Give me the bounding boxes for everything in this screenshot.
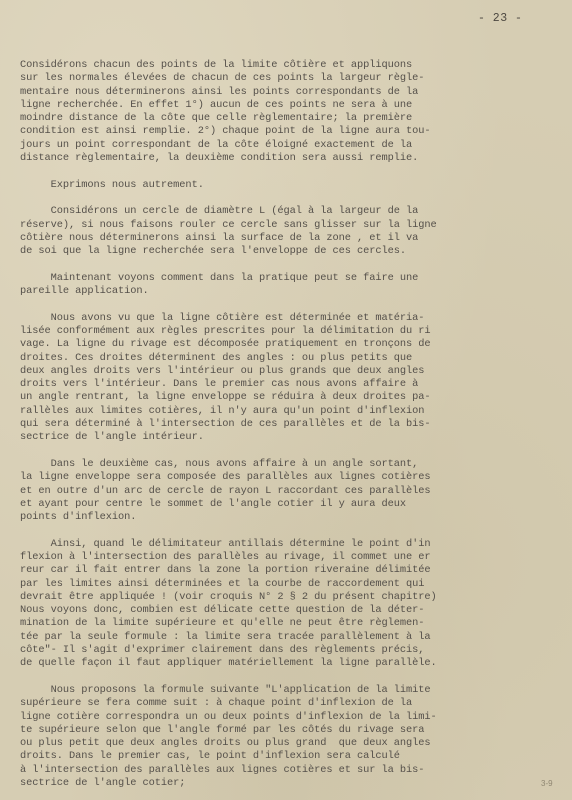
text-line: lisée conformément aux règles prescrites… (20, 325, 560, 338)
text-line: points d'inflexion. (20, 511, 560, 524)
text-line: sectrice de l'angle cotier; (20, 777, 560, 790)
text-line: deux angles droits vers l'intérieur ou p… (20, 365, 560, 378)
text-line: distance règlementaire, la deuxième cond… (20, 152, 560, 165)
text-line: et ayant pour centre le sommet de l'angl… (20, 498, 560, 511)
text-line: Nous proposons la formule suivante "L'ap… (20, 684, 560, 697)
text-line: Considérons un cercle de diamètre L (éga… (20, 205, 560, 218)
text-line: Nous avons vu que la ligne côtière est d… (20, 312, 560, 325)
text-line: mination de la limite supérieure et qu'e… (20, 617, 560, 630)
text-line: droites. Ces droites déterminent des ang… (20, 352, 560, 365)
text-line: qui sera déterminé à l'intersection de c… (20, 418, 560, 431)
page-number: - 23 - (478, 12, 522, 25)
text-line: Ainsi, quand le délimitateur antillais d… (20, 538, 560, 551)
text-line: droits vers l'intérieur. Dans le premier… (20, 378, 560, 391)
paragraph: Nous avons vu que la ligne côtière est d… (20, 312, 560, 445)
margin-note: 3-9 (541, 779, 553, 788)
text-line: Maintenant voyons comment dans la pratiq… (20, 272, 560, 285)
text-line: Dans le deuxième cas, nous avons affaire… (20, 458, 560, 471)
text-line: vage. La ligne du rivage est décomposée … (20, 338, 560, 351)
text-line: de soi que la ligne recherchée sera l'en… (20, 245, 560, 258)
paragraph: Considérons chacun des points de la limi… (20, 59, 560, 165)
text-line: ligne recherchée. En effet 1°) aucun de … (20, 99, 560, 112)
paragraph: Nous proposons la formule suivante "L'ap… (20, 684, 560, 790)
text-line: pareille application. (20, 285, 560, 298)
paragraph: Maintenant voyons comment dans la pratiq… (20, 272, 560, 299)
text-line: sectrice de l'angle intérieur. (20, 431, 560, 444)
paragraph: Considérons un cercle de diamètre L (éga… (20, 205, 560, 258)
text-line: ligne cotière correspondra un ou deux po… (20, 711, 560, 724)
text-line: côte"- Il s'agit d'exprimer clairement d… (20, 644, 560, 657)
text-line: un angle rentrant, la ligne enveloppe se… (20, 391, 560, 404)
text-line: jours un point correspondant de la côte … (20, 139, 560, 152)
text-line: réserve), si nous faisons rouler ce cerc… (20, 219, 560, 232)
text-line: Nous voyons donc, combien est délicate c… (20, 604, 560, 617)
text-line: supérieure se fera comme suit : à chaque… (20, 697, 560, 710)
paragraph: Ainsi, quand le délimitateur antillais d… (20, 538, 560, 671)
text-line: droits. Dans le premier cas, le point d'… (20, 750, 560, 763)
text-line: Considérons chacun des points de la limi… (20, 59, 560, 72)
text-line: la ligne enveloppe sera composée des par… (20, 471, 560, 484)
text-line: devrait être appliquée ! (voir croquis N… (20, 591, 560, 604)
text-line: reur car il fait entrer dans la zone la … (20, 564, 560, 577)
text-line: condition est ainsi remplie. 2°) chaque … (20, 125, 560, 138)
text-line: rallèles aux limites cotières, il n'y au… (20, 405, 560, 418)
text-line: Exprimons nous autrement. (20, 179, 560, 192)
text-line: flexion à l'intersection des parallèles … (20, 551, 560, 564)
text-line: te supérieure selon que l'angle formé pa… (20, 724, 560, 737)
text-line: à l'intersection des parallèles aux lign… (20, 764, 560, 777)
paragraph: Dans le deuxième cas, nous avons affaire… (20, 458, 560, 524)
text-line: de quelle façon il faut appliquer matéri… (20, 657, 560, 670)
text-line: mentaire nous déterminerons ainsi les po… (20, 86, 560, 99)
body-text: Considérons chacun des points de la limi… (20, 59, 560, 800)
typewritten-page: - 23 - Considérons chacun des points de … (0, 0, 572, 800)
text-line: et en outre d'un arc de cercle de rayon … (20, 485, 560, 498)
text-line: sur les normales élevées de chacun de ce… (20, 72, 560, 85)
text-line: côtière nous déterminerons ainsi la surf… (20, 232, 560, 245)
text-line: moindre distance de la côte que celle rè… (20, 112, 560, 125)
text-line: ou plus petit que deux angles droits ou … (20, 737, 560, 750)
text-line: tée par la seule formule : la limite ser… (20, 631, 560, 644)
paragraph: Exprimons nous autrement. (20, 179, 560, 192)
text-line: par les limites ainsi déterminées et la … (20, 578, 560, 591)
